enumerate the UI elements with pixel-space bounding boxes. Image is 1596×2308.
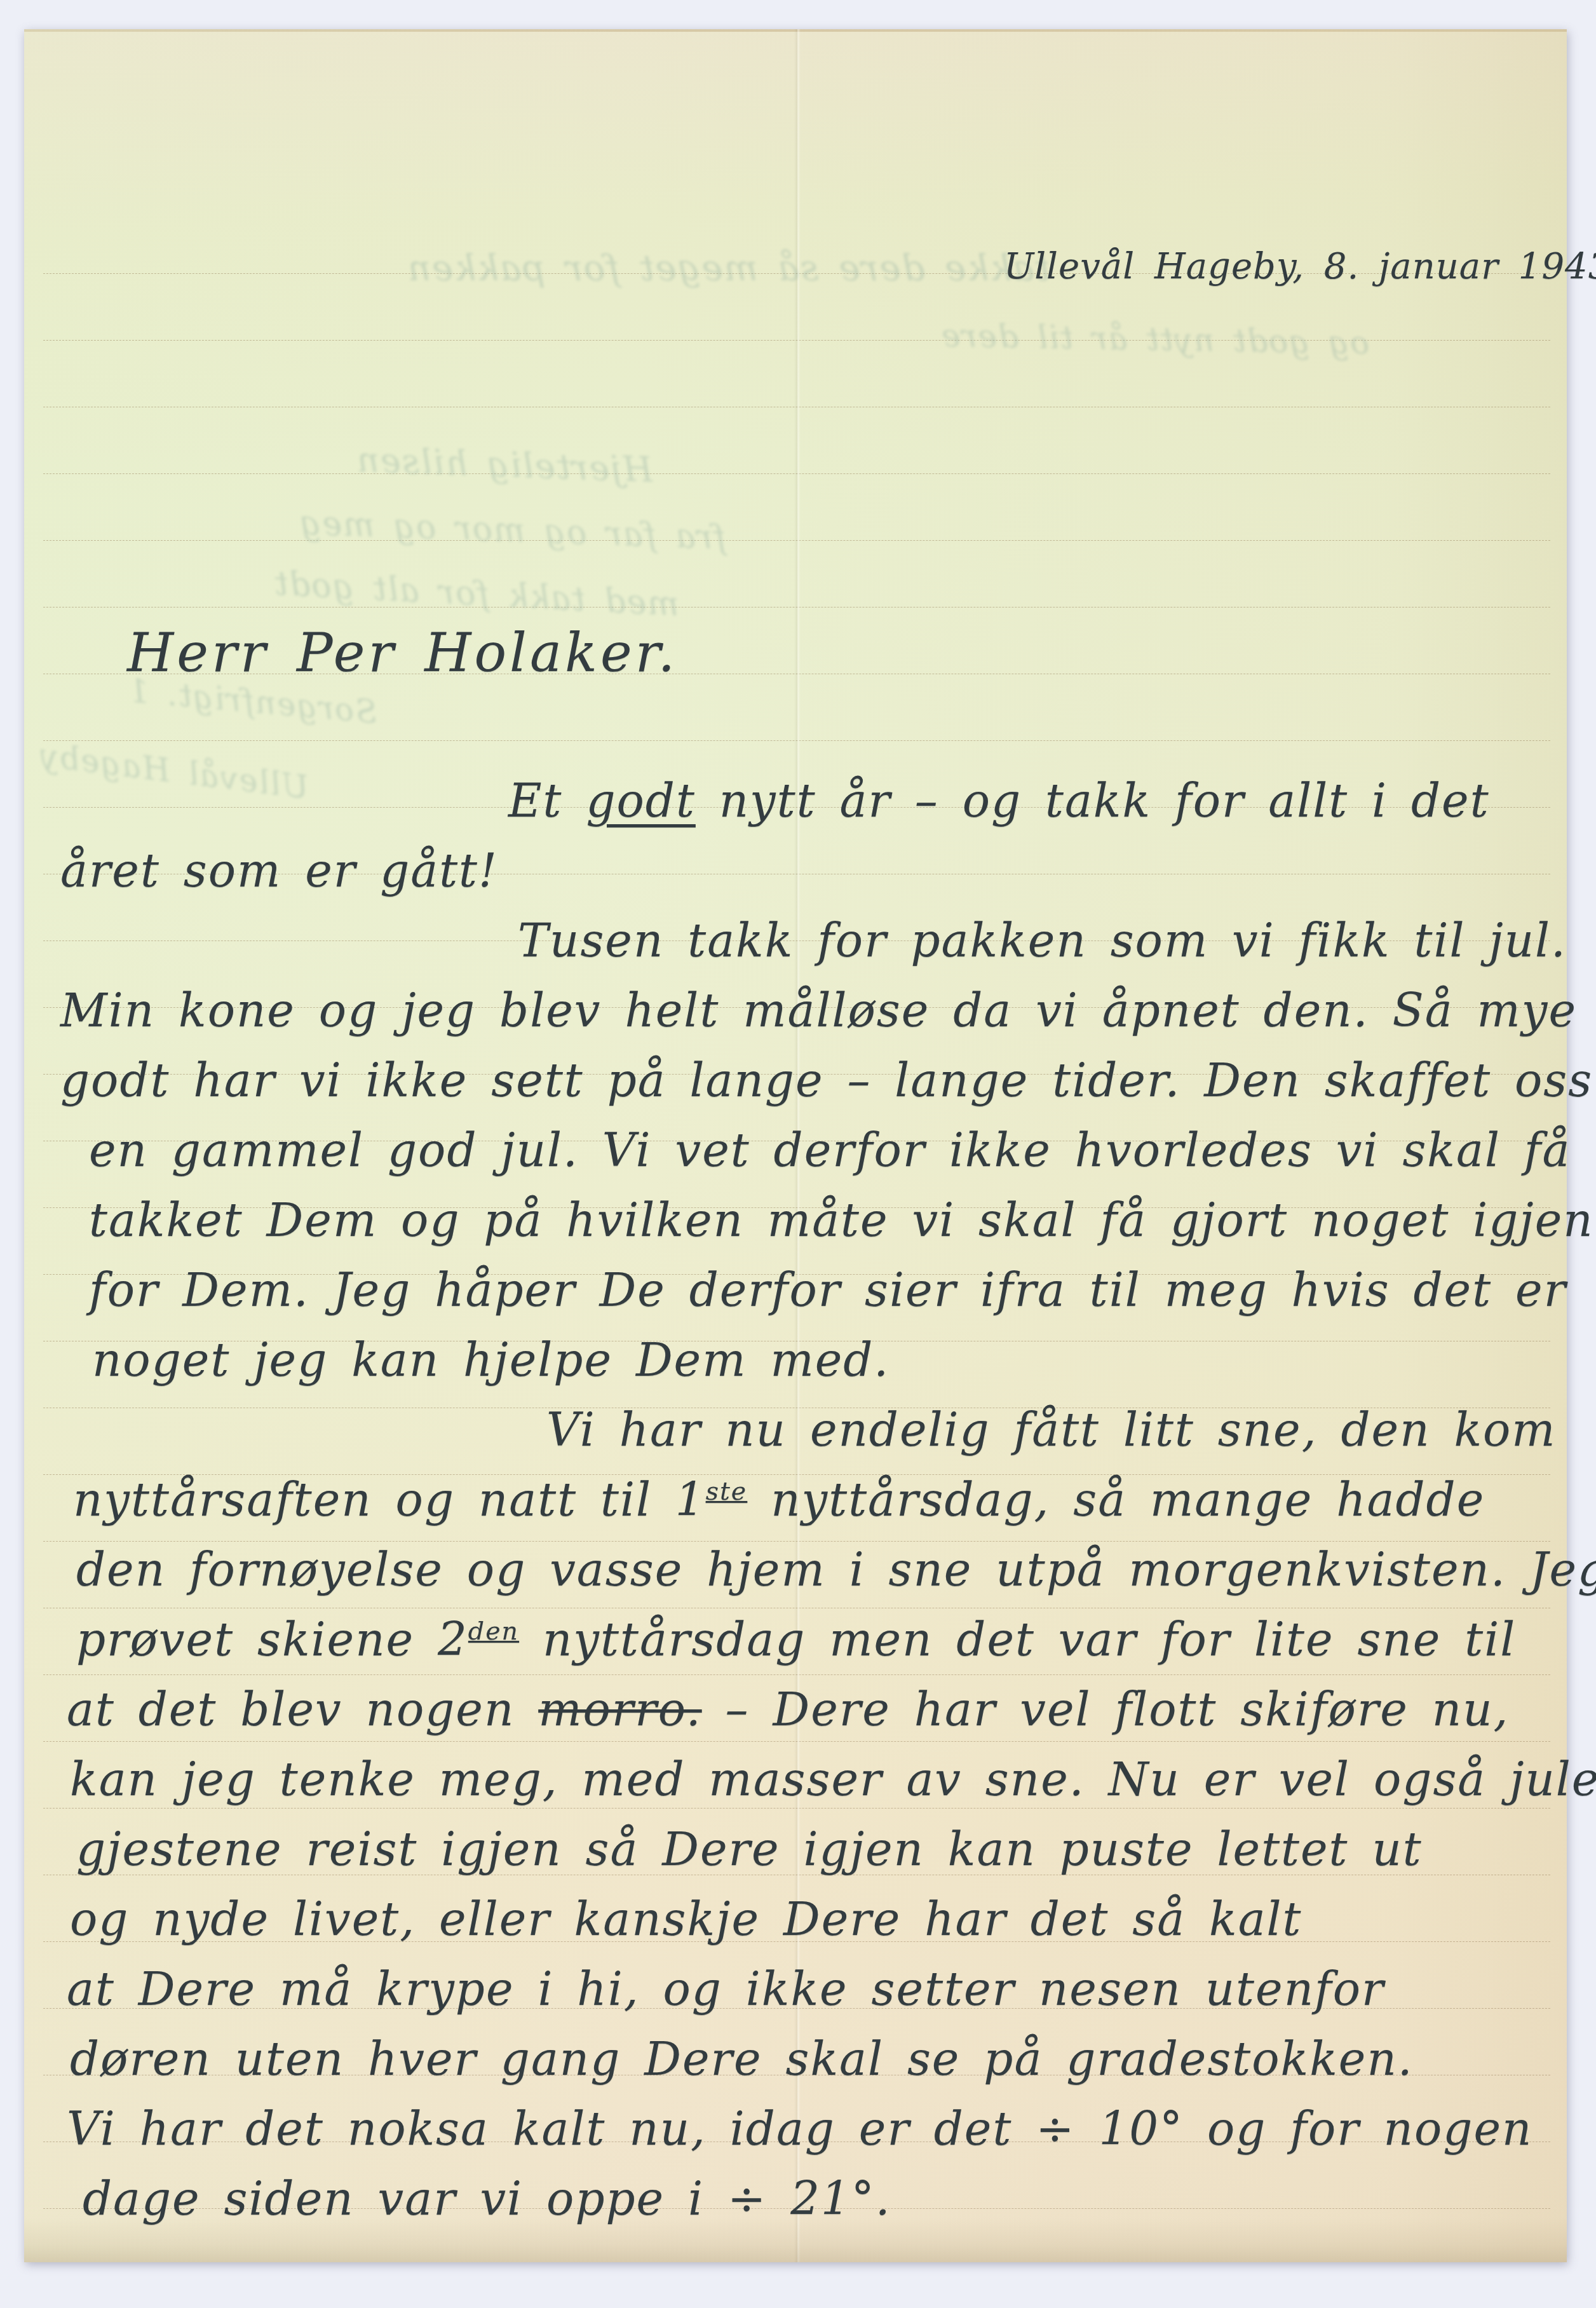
letter-paper	[24, 29, 1567, 2262]
scanned-letter-page: { "page": { "background_color": "#edeff7…	[0, 0, 1596, 2308]
bottom-curl-shadow	[24, 2218, 1567, 2262]
fold-crease	[794, 29, 801, 2262]
